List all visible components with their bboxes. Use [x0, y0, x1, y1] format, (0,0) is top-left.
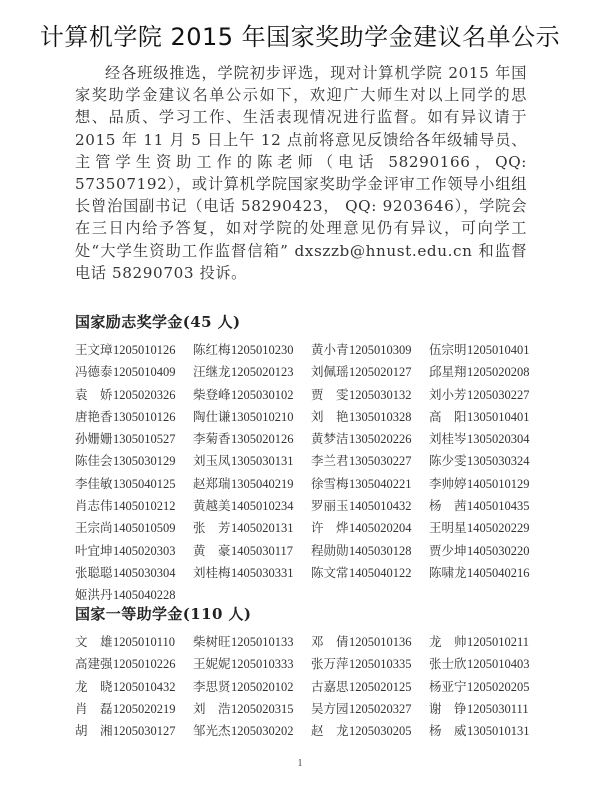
- list-item: 贾少坤1405030220: [429, 540, 547, 562]
- student-name: 高建强: [75, 653, 112, 675]
- student-name: 柴树旺: [193, 631, 230, 653]
- list-item: 杨亚宁1205020205: [429, 676, 547, 698]
- student-name: 李兰君: [311, 450, 348, 472]
- list-item: 陶仕谦1305010210: [193, 406, 311, 428]
- student-name: 文 雄: [75, 631, 112, 653]
- student-id: 1405020204: [349, 521, 412, 535]
- page-number: 1: [0, 758, 600, 769]
- student-id: 1205030227: [467, 388, 530, 402]
- list-item: 柴树旺1205010133: [193, 631, 311, 653]
- student-name: 许 烨: [311, 517, 348, 539]
- student-name: 杨 茜: [429, 495, 466, 517]
- student-name: 陈少雯: [429, 450, 466, 472]
- student-name: 赵 龙: [311, 720, 348, 742]
- student-id: 1405040228: [113, 588, 176, 602]
- student-id: 1305010401: [467, 410, 530, 424]
- student-name: 肖志伟: [75, 495, 112, 517]
- list-item: 刘佩瑶1205020127: [311, 361, 429, 383]
- list-item: 冯德泰1205010409: [75, 361, 193, 383]
- student-id: 1205010226: [113, 657, 176, 671]
- list-item: 赵 龙1205030205: [311, 720, 429, 742]
- student-name: 王文璋: [75, 339, 112, 361]
- list-item: 刘 艳1305010328: [311, 406, 429, 428]
- student-id: 1405040216: [467, 566, 530, 580]
- student-id: 1205030202: [231, 724, 294, 738]
- student-id: 1305020226: [349, 432, 412, 446]
- student-id: 1305030129: [113, 454, 176, 468]
- page-title: 计算机学院 2015 年国家奖助学金建议名单公示: [0, 22, 600, 52]
- list-item: 叶宜坤1405020303: [75, 540, 193, 562]
- student-name: 陈啸龙: [429, 562, 466, 584]
- student-id: 1305040219: [231, 477, 294, 491]
- list-item: 陈红梅1205010230: [193, 339, 311, 361]
- list-item: 黄小青1205010309: [311, 339, 429, 361]
- list-item: 高 阳1305010401: [429, 406, 547, 428]
- list-item: 徐雪梅1305040221: [311, 473, 429, 495]
- list-item: 孙姗姗1305010527: [75, 428, 193, 450]
- student-id: 1305030131: [231, 454, 294, 468]
- student-name: 王妮妮: [193, 653, 230, 675]
- student-id: 1205030111: [467, 702, 529, 716]
- student-id: 1305030324: [467, 454, 530, 468]
- student-name: 柴登峰: [193, 384, 230, 406]
- student-id: 1205020208: [467, 365, 530, 379]
- student-name: 黄小青: [311, 339, 348, 361]
- student-name: 龙 晓: [75, 676, 112, 698]
- student-name: 龙 帅: [429, 631, 466, 653]
- student-name: 赵郑瑞: [193, 473, 230, 495]
- student-id: 1405030331: [231, 566, 294, 580]
- list-item: 王宗尚1405010509: [75, 517, 193, 539]
- student-name: 汪继龙: [193, 361, 230, 383]
- student-id: 1305010527: [113, 432, 176, 446]
- grant-list: 文 雄1205010110柴树旺1205010133邓 倩1205010136龙…: [75, 631, 545, 742]
- student-name: 唐艳香: [75, 406, 112, 428]
- list-item: 伍宗明1205010401: [429, 339, 547, 361]
- list-item: 张聪聪1405030304: [75, 562, 193, 584]
- list-item: 柴登峰1205030102: [193, 384, 311, 406]
- student-name: 陈文常: [311, 562, 348, 584]
- list-item: 刘桂梅1405030331: [193, 562, 311, 584]
- student-id: 1405010432: [349, 499, 412, 513]
- list-item: 陈啸龙1405040216: [429, 562, 547, 584]
- student-id: 1205010401: [467, 343, 530, 357]
- student-id: 1405030128: [349, 544, 412, 558]
- student-name: 刘小芳: [429, 384, 466, 406]
- student-name: 孙姗姗: [75, 428, 112, 450]
- list-item: 贾 雯1205030132: [311, 384, 429, 406]
- list-item: 赵郑瑞1305040219: [193, 473, 311, 495]
- student-id: 1205020326: [113, 388, 176, 402]
- list-item: 文 雄1205010110: [75, 631, 193, 653]
- student-name: 李思贤: [193, 676, 230, 698]
- list-item: 黄梦洁1305020226: [311, 428, 429, 450]
- student-name: 程勋勋: [311, 540, 348, 562]
- student-id: 1205010333: [231, 657, 294, 671]
- list-item: 杨 茜1405010435: [429, 495, 547, 517]
- student-name: 古嘉思: [311, 676, 348, 698]
- list-item: 邱星翔1205020208: [429, 361, 547, 383]
- student-name: 刘 浩: [193, 698, 230, 720]
- student-id: 1205030132: [349, 388, 412, 402]
- student-id: 1405020131: [231, 521, 294, 535]
- student-name: 黄 豪: [193, 540, 230, 562]
- student-id: 1205030127: [113, 724, 176, 738]
- student-id: 1405010234: [231, 499, 294, 513]
- section-heading-grant: 国家一等助学金(110 人): [75, 604, 251, 624]
- student-id: 1205010335: [349, 657, 412, 671]
- student-id: 1205020123: [231, 365, 294, 379]
- student-name: 邹光杰: [193, 720, 230, 742]
- list-item: 李佳敏1305040125: [75, 473, 193, 495]
- student-id: 1405020303: [113, 544, 176, 558]
- student-name: 罗丽玉: [311, 495, 348, 517]
- student-id: 1205010403: [467, 657, 530, 671]
- list-item: 肖 磊1205020219: [75, 698, 193, 720]
- list-item: 高建强1205010226: [75, 653, 193, 675]
- student-name: 张士欣: [429, 653, 466, 675]
- student-id: 1405030220: [467, 544, 530, 558]
- student-id: 1205020127: [349, 365, 412, 379]
- list-item: 肖志伟1405010212: [75, 495, 193, 517]
- list-item: 刘桂岑1305020304: [429, 428, 547, 450]
- student-name: 刘佩瑶: [311, 361, 348, 383]
- student-name: 伍宗明: [429, 339, 466, 361]
- student-id: 1305020126: [231, 432, 294, 446]
- student-id: 1305010210: [231, 410, 294, 424]
- student-name: 陈佳会: [75, 450, 112, 472]
- student-id: 1205020125: [349, 680, 412, 694]
- intro-paragraph: 经各班级推选，学院初步评选，现对计算机学院 2015 年国家奖助学金建议名单公示…: [75, 62, 527, 284]
- list-item: 王妮妮1205010333: [193, 653, 311, 675]
- student-id: 1205010136: [349, 635, 412, 649]
- student-name: 胡 湘: [75, 720, 112, 742]
- student-name: 冯德泰: [75, 361, 112, 383]
- student-id: 1305010131: [467, 724, 530, 738]
- student-name: 邓 倩: [311, 631, 348, 653]
- student-id: 1305010126: [113, 410, 176, 424]
- student-name: 王宗尚: [75, 517, 112, 539]
- student-name: 陈红梅: [193, 339, 230, 361]
- student-name: 黄梦洁: [311, 428, 348, 450]
- scholarship-list: 王文璋1205010126陈红梅1205010230黄小青1205010309伍…: [75, 339, 545, 607]
- student-name: 袁 娇: [75, 384, 112, 406]
- student-name: 刘桂梅: [193, 562, 230, 584]
- list-item: 胡 湘1205030127: [75, 720, 193, 742]
- list-item: 陈佳会1305030129: [75, 450, 193, 472]
- student-id: 1405030117: [231, 544, 293, 558]
- student-id: 1205010133: [231, 635, 294, 649]
- student-id: 1305020304: [467, 432, 530, 446]
- list-item: 唐艳香1305010126: [75, 406, 193, 428]
- list-item: 龙 帅1205010211: [429, 631, 547, 653]
- student-id: 1205020205: [467, 680, 530, 694]
- list-item: 张 芳1405020131: [193, 517, 311, 539]
- student-name: 杨亚宁: [429, 676, 466, 698]
- section-heading-scholarship: 国家励志奖学金(45 人): [75, 312, 241, 332]
- student-name: 邱星翔: [429, 361, 466, 383]
- student-id: 1205030102: [231, 388, 294, 402]
- list-item: 杨 威1305010131: [429, 720, 547, 742]
- student-id: 1405010435: [467, 499, 530, 513]
- student-id: 1205030205: [349, 724, 412, 738]
- student-id: 1205020219: [113, 702, 176, 716]
- student-id: 1205020102: [231, 680, 294, 694]
- list-item: 李菊香1305020126: [193, 428, 311, 450]
- student-name: 刘桂岑: [429, 428, 466, 450]
- list-item: 陈文常1405040122: [311, 562, 429, 584]
- student-id: 1405020229: [467, 521, 530, 535]
- student-id: 1205010110: [113, 635, 175, 649]
- student-name: 刘 艳: [311, 406, 348, 428]
- student-id: 1205020327: [349, 702, 412, 716]
- list-item: 张士欣1205010403: [429, 653, 547, 675]
- list-item: 张万萍1205010335: [311, 653, 429, 675]
- list-item: 李思贤1205020102: [193, 676, 311, 698]
- list-item: 程勋勋1405030128: [311, 540, 429, 562]
- student-name: 黄越美: [193, 495, 230, 517]
- student-name: 吴方园: [311, 698, 348, 720]
- student-name: 高 阳: [429, 406, 466, 428]
- student-name: 谢 铮: [429, 698, 466, 720]
- list-item: 谢 铮1205030111: [429, 698, 547, 720]
- student-id: 1305030227: [349, 454, 412, 468]
- list-item: 袁 娇1205020326: [75, 384, 193, 406]
- list-item: 吴方园1205020327: [311, 698, 429, 720]
- student-id: 1405010509: [113, 521, 176, 535]
- list-item: 刘玉凤1305030131: [193, 450, 311, 472]
- list-item: 邹光杰1205030202: [193, 720, 311, 742]
- student-id: 1405040122: [349, 566, 412, 580]
- student-name: 叶宜坤: [75, 540, 112, 562]
- student-id: 1205020315: [231, 702, 294, 716]
- list-item: 李帅婷1405010129: [429, 473, 547, 495]
- student-id: 1305040125: [113, 477, 176, 491]
- student-name: 陶仕谦: [193, 406, 230, 428]
- student-name: 杨 威: [429, 720, 466, 742]
- student-id: 1205010309: [349, 343, 412, 357]
- student-name: 李帅婷: [429, 473, 466, 495]
- student-id: 1405010212: [113, 499, 176, 513]
- list-item: 李兰君1305030227: [311, 450, 429, 472]
- student-id: 1405010129: [467, 477, 530, 491]
- student-id: 1305010328: [349, 410, 412, 424]
- student-id: 1205010432: [113, 680, 176, 694]
- student-name: 贾少坤: [429, 540, 466, 562]
- list-item: 汪继龙1205020123: [193, 361, 311, 383]
- list-item: 王文璋1205010126: [75, 339, 193, 361]
- student-name: 肖 磊: [75, 698, 112, 720]
- list-item: 罗丽玉1405010432: [311, 495, 429, 517]
- student-id: 1205010126: [113, 343, 176, 357]
- list-item: 许 烨1405020204: [311, 517, 429, 539]
- student-id: 1305040221: [349, 477, 412, 491]
- student-name: 张万萍: [311, 653, 348, 675]
- student-name: 王明星: [429, 517, 466, 539]
- student-id: 1205010409: [113, 365, 176, 379]
- student-name: 刘玉凤: [193, 450, 230, 472]
- student-name: 张聪聪: [75, 562, 112, 584]
- list-item: 刘 浩1205020315: [193, 698, 311, 720]
- list-item: 古嘉思1205020125: [311, 676, 429, 698]
- list-item: 刘小芳1205030227: [429, 384, 547, 406]
- list-item: 龙 晓1205010432: [75, 676, 193, 698]
- student-name: 贾 雯: [311, 384, 348, 406]
- list-item: 王明星1405020229: [429, 517, 547, 539]
- student-id: 1205010211: [467, 635, 529, 649]
- student-name: 张 芳: [193, 517, 230, 539]
- student-name: 李佳敏: [75, 473, 112, 495]
- list-item: 邓 倩1205010136: [311, 631, 429, 653]
- list-item: 陈少雯1305030324: [429, 450, 547, 472]
- student-name: 李菊香: [193, 428, 230, 450]
- student-id: 1205010230: [231, 343, 294, 357]
- list-item: 黄越美1405010234: [193, 495, 311, 517]
- student-name: 徐雪梅: [311, 473, 348, 495]
- list-item: 黄 豪1405030117: [193, 540, 311, 562]
- student-id: 1405030304: [113, 566, 176, 580]
